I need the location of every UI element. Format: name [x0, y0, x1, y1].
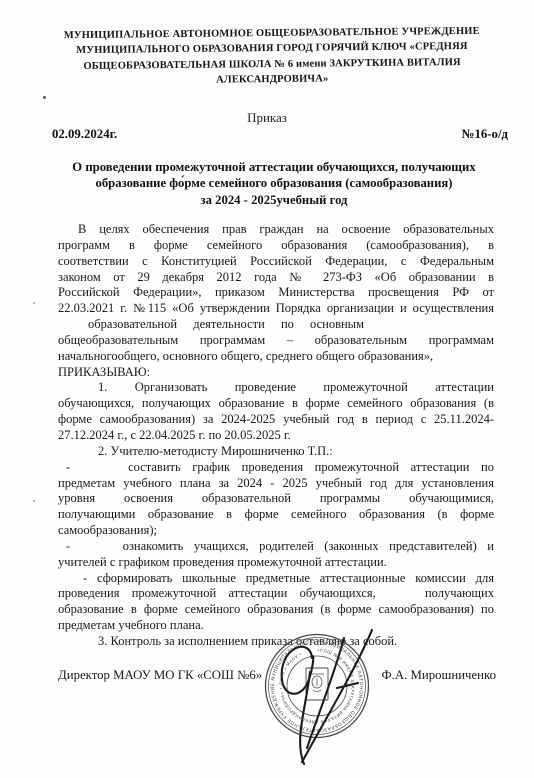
- body-line: - ознакомить учащихся, родителей (законн…: [58, 539, 494, 555]
- body-line: предметам учебного плана за 2024 - 2025 …: [58, 476, 494, 492]
- body-block: В целях обеспечения прав граждан на осво…: [58, 222, 494, 380]
- body-line: 22.03.2021 г. №115 «Об утверждении Поряд…: [58, 301, 494, 317]
- body-line: самообразования);: [58, 523, 494, 539]
- body-line: законом от 29 декабря 2012 года № 273-ФЗ…: [58, 270, 494, 286]
- stamp-circles: [266, 635, 369, 738]
- body-line: проведения промежуточной аттестации обуч…: [58, 586, 494, 602]
- scan-speck: [33, 500, 35, 502]
- body-line: 2. Учителю-методисту Мирошниченко Т.П.:: [58, 444, 494, 460]
- body-line: уровня освоения образовательной программ…: [58, 491, 494, 507]
- body-line: 27.12.2024 г., с 22.04.2025 г. по 20.05.…: [58, 428, 494, 444]
- org-header: МУНИЦИПАЛЬНОЕ АВТОНОМНОЕ ОБЩЕОБРАЗОВАТЕЛ…: [38, 24, 507, 91]
- order-number: №16-о/д: [462, 127, 508, 142]
- stamp-inner-ring-text: «СОШ № 6 ИМЕНИ ЗАКРУТКИНА ВИТАЛИЯ АЛЕКСА…: [278, 647, 355, 724]
- order-title-line: за 2024 - 2025учебный год: [56, 192, 492, 208]
- document-body: В целях обеспечения прав граждан на осво…: [58, 222, 494, 650]
- order-title-line: образование фо́рме семейного образования…: [56, 175, 492, 191]
- scan-speck: [33, 302, 35, 304]
- body-line: форме самообразования) за 2024-2025 учеб…: [58, 412, 494, 428]
- document-page: МУНИЦИПАЛЬНОЕ АВТОНОМНОЕ ОБЩЕОБРАЗОВАТЕЛ…: [0, 0, 534, 778]
- date-number-row: 02.09.2024г. №16-о/д: [52, 127, 508, 142]
- order-date: 02.09.2024г.: [52, 127, 117, 142]
- body-line: образовательной деятельности по основным: [58, 317, 494, 333]
- body-line: учителей с графиком проведения промежуто…: [58, 555, 494, 571]
- body-line: ПРИКАЗЫВАЮ:: [58, 365, 494, 381]
- body-block: 1. Организовать проведение промежуточной…: [58, 380, 494, 443]
- director-label: Директор МАОУ МО ГК «СОШ №6»: [58, 668, 262, 683]
- body-block: - ознакомить учащихся, родителей (законн…: [58, 539, 494, 571]
- body-line: общеобразовательным программам – образов…: [58, 333, 494, 349]
- body-line: начальногообщего, основного общего, сред…: [58, 349, 494, 365]
- body-line: соответствии с Конституцией Российской Ф…: [58, 254, 494, 270]
- signature-row: Директор МАОУ МО ГК «СОШ №6» Ф.А. Мирошн…: [58, 668, 496, 683]
- body-line: - сформировать школьные предметные аттес…: [58, 571, 494, 587]
- body-line: получающими образование в форме семейног…: [58, 507, 494, 523]
- doc-type-label: Приказ: [0, 110, 534, 126]
- body-line: 1. Организовать проведение промежуточной…: [58, 380, 494, 396]
- body-block: 3. Контроль за исполнением приказа остав…: [58, 634, 494, 650]
- body-block: - составить график проведения промежуточ…: [58, 460, 494, 539]
- scan-speck: [43, 96, 46, 99]
- body-block: 2. Учителю-методисту Мирошниченко Т.П.:: [58, 444, 494, 460]
- body-line: В целях обеспечения прав граждан на осво…: [58, 222, 494, 238]
- order-title: О проведении промежуточной аттестации об…: [56, 159, 492, 208]
- signature-stroke: [282, 630, 372, 764]
- body-line: 3. Контроль за исполнением приказа остав…: [58, 634, 494, 650]
- director-name: Ф.А. Мирошниченко: [382, 668, 496, 683]
- body-line: предметам учебного плана.: [58, 618, 494, 634]
- body-block: - сформировать школьные предметные аттес…: [58, 571, 494, 634]
- body-line: обучающихся, получающих образование в фо…: [58, 396, 494, 412]
- body-line: программ в форме семейного образования (…: [58, 238, 494, 254]
- body-line: Российской Федерации», приказом Министер…: [58, 285, 494, 301]
- body-line: образование в форме семейного образовани…: [58, 602, 494, 618]
- order-title-line: О проведении промежуточной аттестации об…: [56, 159, 492, 175]
- body-line: - составить график проведения промежуточ…: [58, 460, 494, 476]
